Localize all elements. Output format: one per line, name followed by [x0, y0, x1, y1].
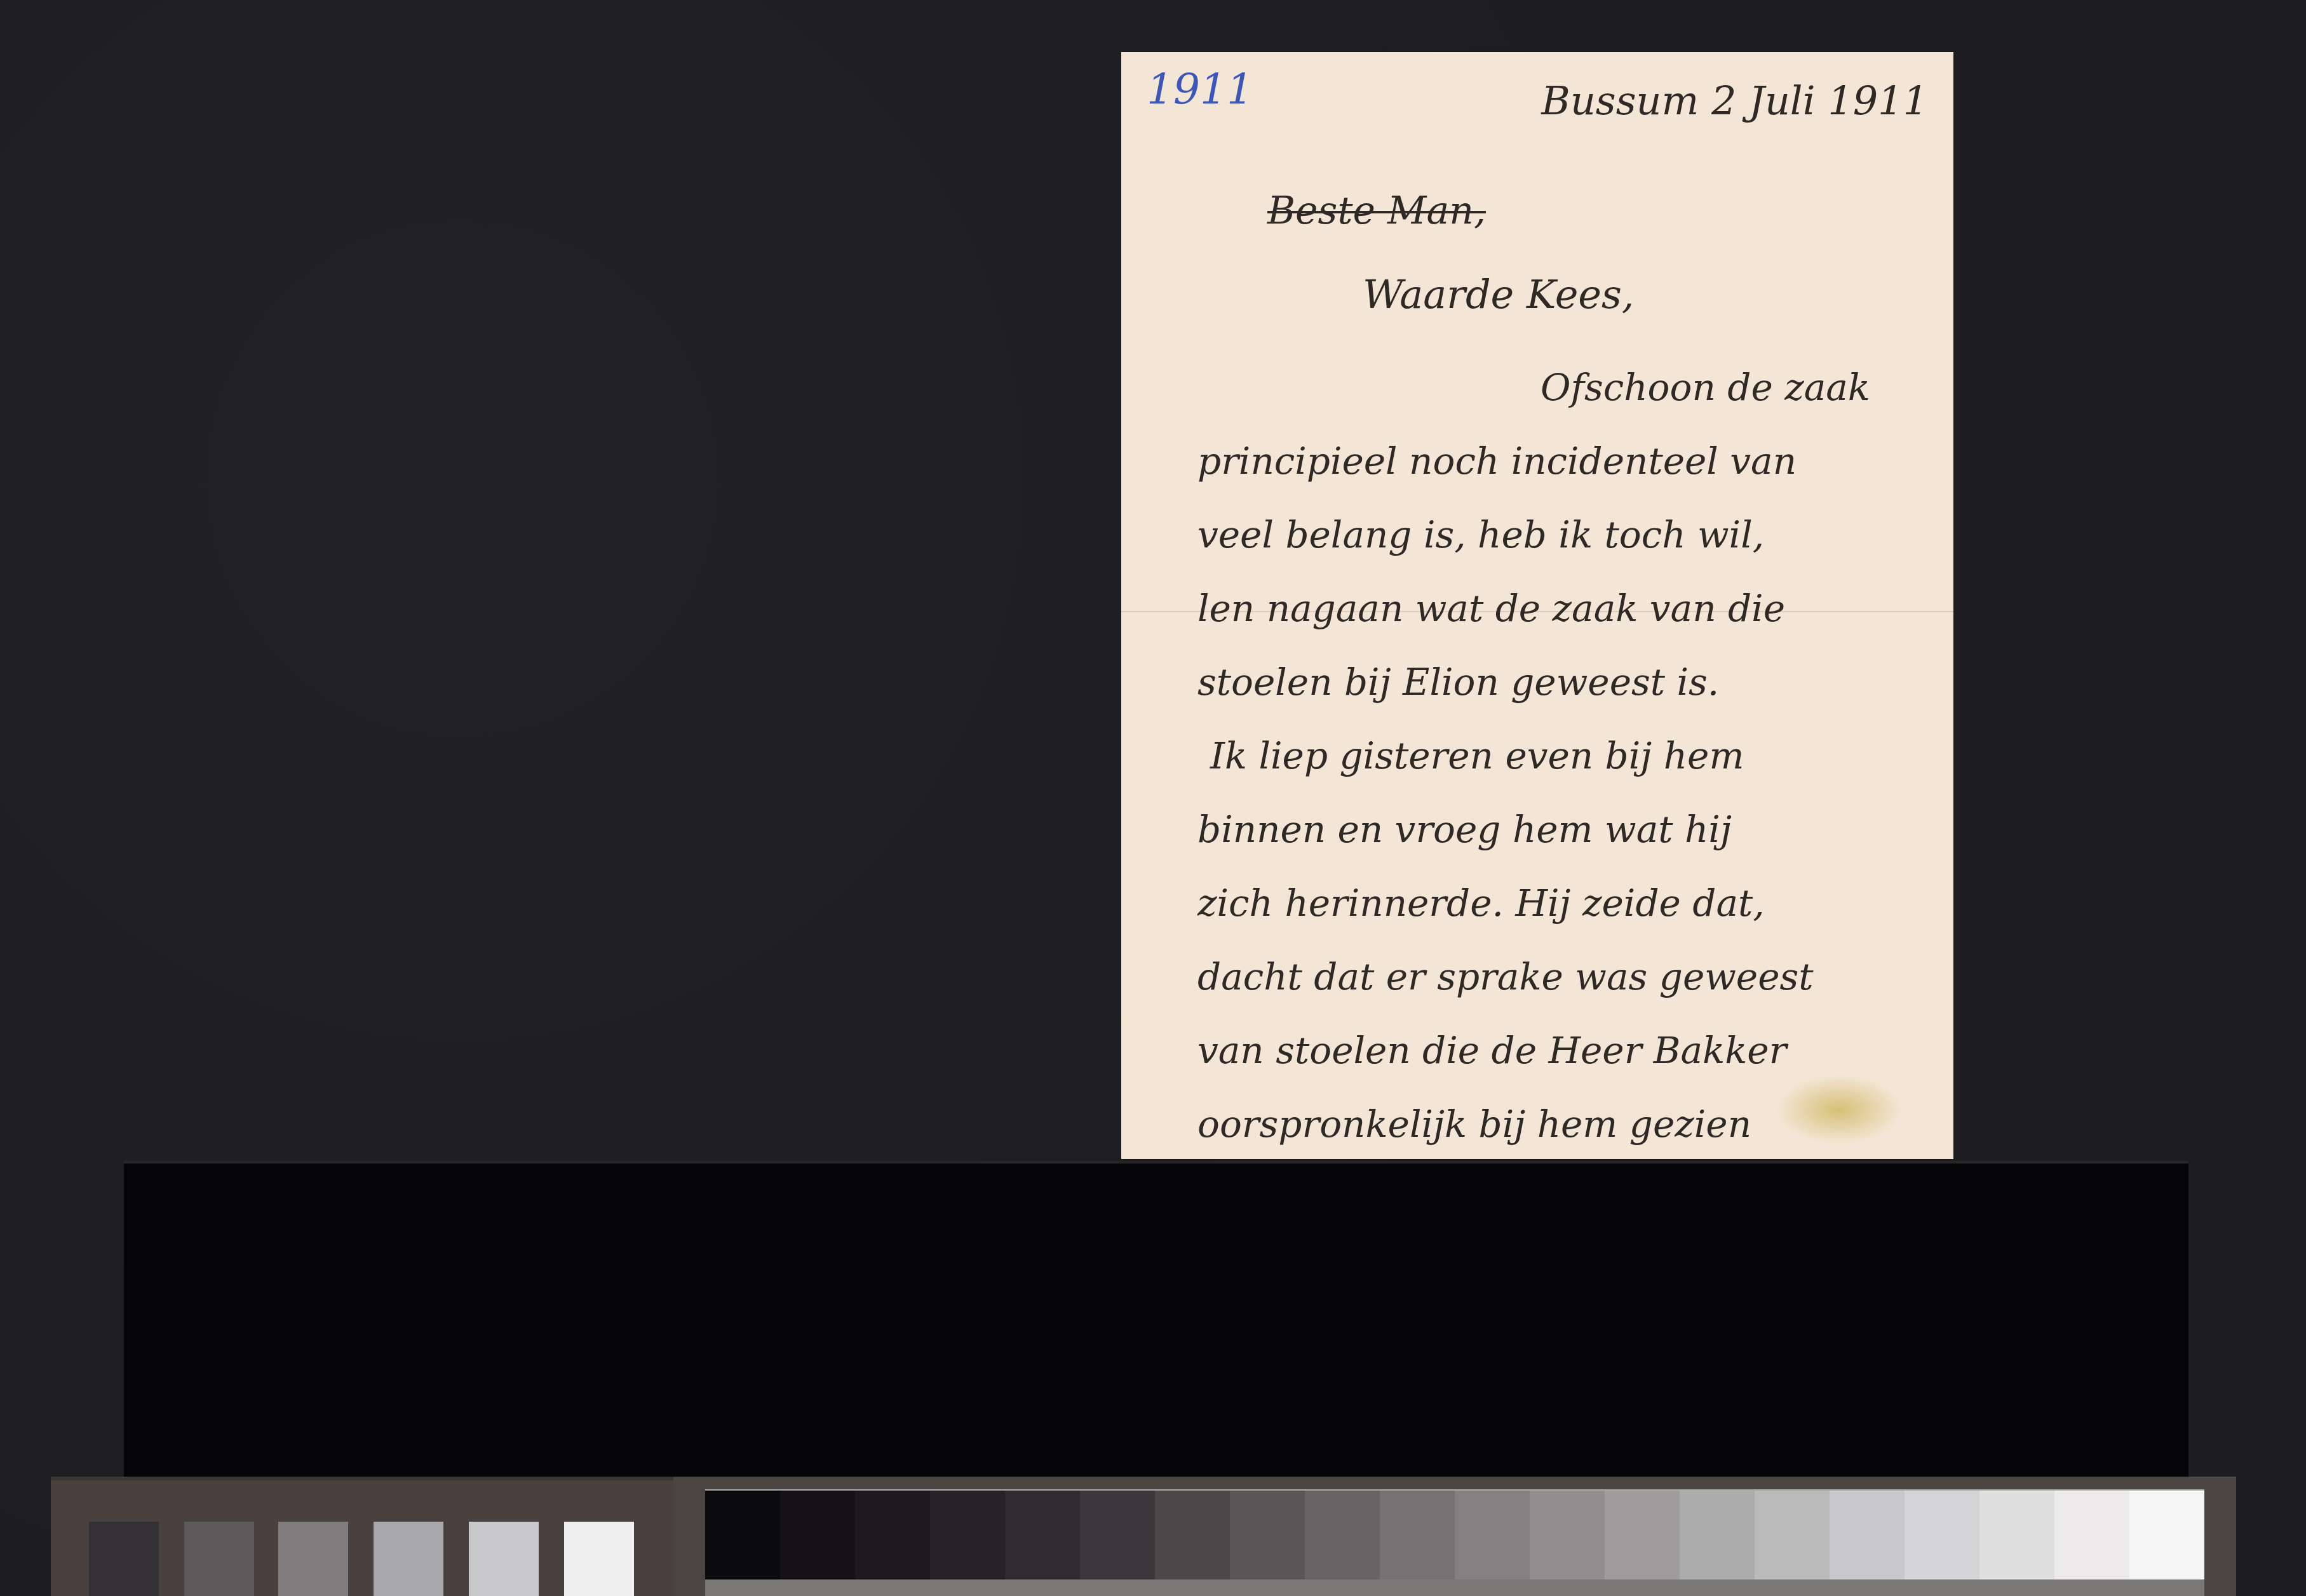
- wedge-step: [780, 1491, 855, 1581]
- wedge-step: [1605, 1491, 1680, 1581]
- letter-line: zich herinnerde. Hij zeide dat,: [1197, 866, 1928, 940]
- wedge-step: [1905, 1491, 1979, 1581]
- gray-patch: [374, 1522, 443, 1596]
- black-reference-card: [124, 1161, 2188, 1487]
- gray-patch: [89, 1522, 159, 1596]
- wedge-step: [2054, 1491, 2129, 1581]
- wedge-step: [1455, 1491, 1530, 1581]
- gray-patch: [564, 1522, 634, 1596]
- gray-patch: [184, 1522, 254, 1596]
- wedge-step: [1830, 1491, 1905, 1581]
- wedge-base-strip: [705, 1579, 2204, 1596]
- step-wedge-card: [673, 1477, 2236, 1596]
- letter-line: Ofschoon de zaak: [1197, 351, 1928, 424]
- wedge-step: [930, 1491, 1005, 1581]
- paper-stain: [1776, 1075, 1903, 1144]
- letter-line: len nagaan wat de zaak van die: [1197, 572, 1928, 645]
- archive-number: 1911: [1147, 65, 1253, 114]
- wedge-step: [2129, 1491, 2204, 1581]
- letter-page: 1911 Bussum 2 Juli 1911 Beste Man, Waard…: [1121, 52, 1953, 1159]
- letter-line: dacht dat er sprake was geweest: [1197, 940, 1928, 1014]
- wedge-step: [1305, 1491, 1380, 1581]
- wedge-step: [1155, 1491, 1230, 1581]
- letter-line: principieel noch incidenteel van: [1197, 424, 1928, 498]
- gray-patch: [278, 1522, 348, 1596]
- wedge-step: [1979, 1491, 2054, 1581]
- letter-line: binnen en vroeg hem wat hij: [1197, 793, 1928, 866]
- wedge-step: [1080, 1491, 1155, 1581]
- letter-line: stoelen bij Elion geweest is.: [1197, 645, 1928, 719]
- wedge-step: [1380, 1491, 1455, 1581]
- letter-dateline: Bussum 2 Juli 1911: [1541, 77, 1928, 124]
- letter-line: Ik liep gisteren even bij hem: [1197, 719, 1928, 793]
- wedge-step: [1530, 1491, 1605, 1581]
- grayscale-step-wedge: [705, 1489, 2204, 1581]
- gray-patch-card: [51, 1477, 673, 1596]
- salutation: Waarde Kees,: [1363, 271, 1635, 318]
- wedge-step: [1230, 1491, 1305, 1581]
- struck-salutation: Beste Man,: [1267, 189, 1486, 233]
- wedge-step: [705, 1491, 780, 1581]
- wedge-step: [1755, 1491, 1830, 1581]
- wedge-step: [1005, 1491, 1080, 1581]
- wedge-step: [1680, 1491, 1755, 1581]
- wedge-step: [855, 1491, 930, 1581]
- letter-line: veel belang is, heb ik toch wil,: [1197, 498, 1928, 572]
- gray-patch: [469, 1522, 539, 1596]
